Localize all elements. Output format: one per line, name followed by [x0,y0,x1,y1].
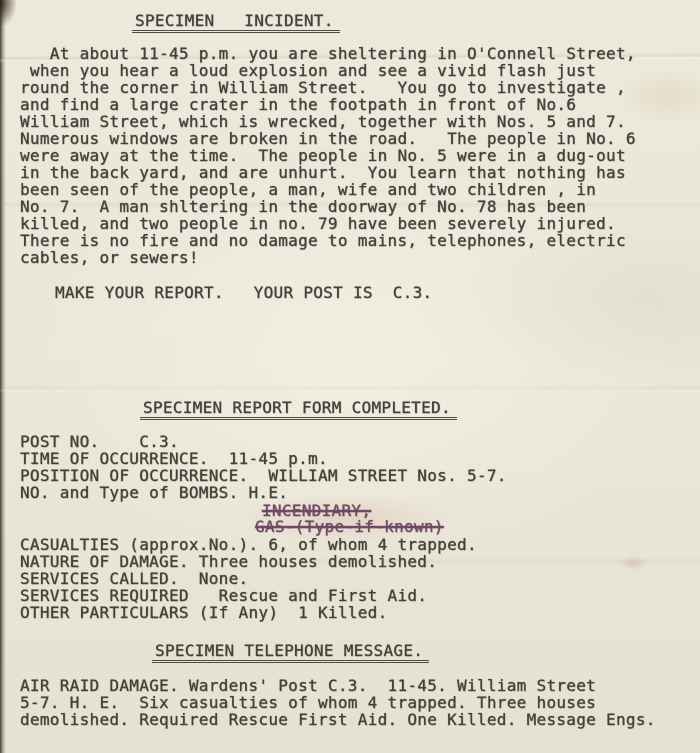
struck-out-gas-line: GAS-(Type-if-known) [255,518,444,535]
report-instruction-line: MAKE YOUR REPORT. YOUR POST IS C.3. [55,284,432,301]
telephone-message-text: AIR RAID DAMAGE. Wardens' Post C.3. 11-4… [20,677,656,728]
incident-section-heading-wrap: SPECIMEN INCIDENT. [136,12,340,33]
report-form-fields-bottom: CASUALTIES (approx.No.). 6, of whom 4 tr… [20,536,477,621]
incident-heading: SPECIMEN INCIDENT. [132,12,340,33]
telephone-section-heading-wrap: SPECIMEN TELEPHONE MESSAGE. [156,642,429,663]
report-form-heading: SPECIMEN REPORT FORM COMPLETED. [140,399,457,420]
report-form-heading-wrap: SPECIMEN REPORT FORM COMPLETED. [144,399,457,420]
report-form-fields-top: POST NO. C.3. TIME OF OCCURRENCE. 11-45 … [20,433,507,501]
scanned-document-page: SPECIMEN INCIDENT. At about 11-45 p.m. y… [0,0,700,753]
scan-left-edge-shadow [0,0,6,753]
telephone-heading: SPECIMEN TELEPHONE MESSAGE. [152,642,429,663]
scan-corner-mark [0,0,16,26]
incident-body-text: At about 11-45 p.m. you are sheltering i… [20,45,636,266]
paper-crease [0,385,700,392]
